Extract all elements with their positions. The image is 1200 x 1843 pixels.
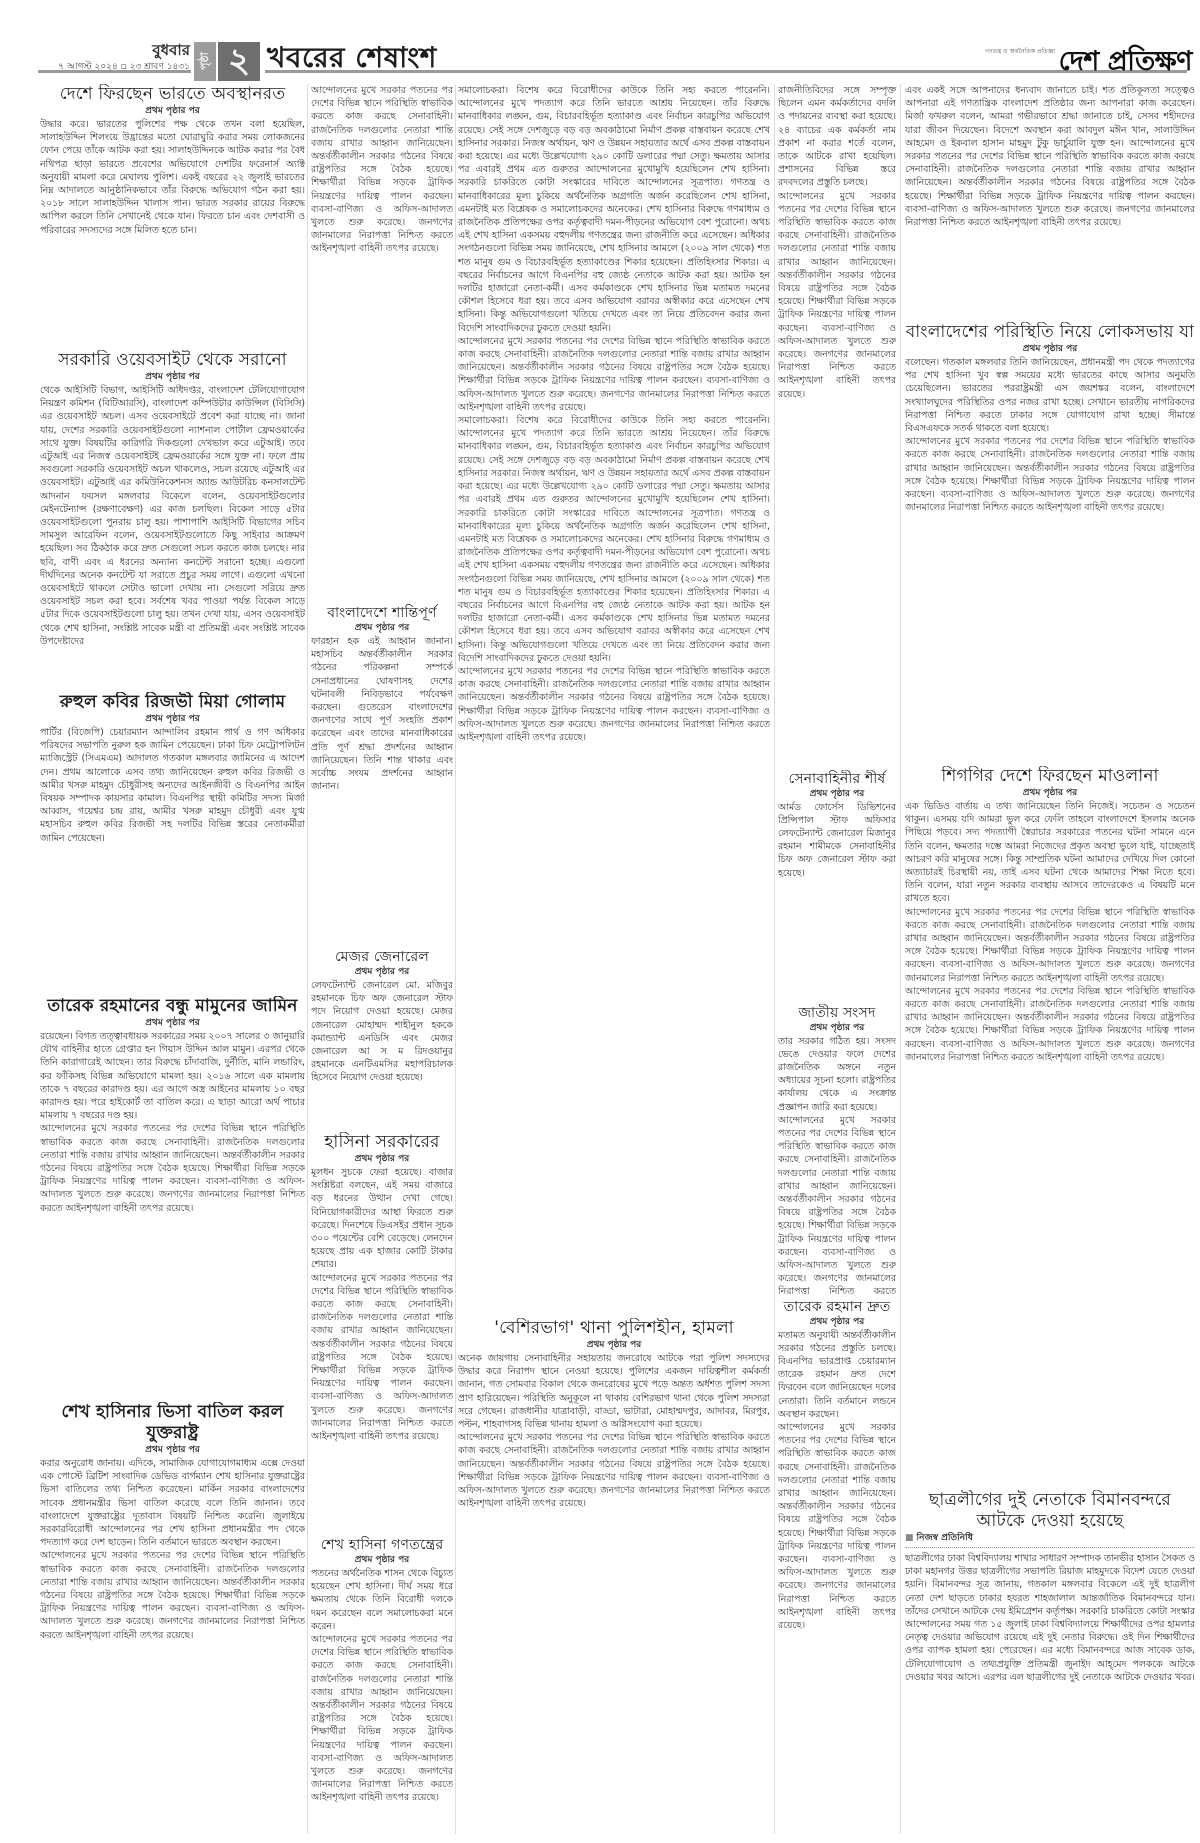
jump-label: প্রথম পৃষ্ঠার পর xyxy=(778,1022,896,1034)
article-body-continued: আন্দোলনের মুখে সরকার পতনের পর দেশের বিভি… xyxy=(905,985,1195,1064)
jump-label: প্রথম পৃষ্ঠার পর xyxy=(311,1153,453,1165)
continued-text: রাজনীতিবিদের সঙ্গে সম্পৃক্ত ছিলেন এমন কর… xyxy=(778,84,896,190)
bullet-icon: ■ xyxy=(905,1533,914,1543)
headline: হাসিনা সরকারের xyxy=(311,1132,453,1153)
story-websites: সরকারি ওয়েবসাইট থেকে সরানো প্রথম পৃষ্ঠা… xyxy=(40,350,305,688)
article-body: পার্টির (বিজেপি) চেয়ারম্যান আন্দালিব রহ… xyxy=(40,726,305,845)
article-body: এক ভিডিও বার্তায় এ তথ্য জানিয়েছেন তিনি… xyxy=(905,800,1195,906)
jump-label: প্রথম পৃষ্ঠার পর xyxy=(40,1444,305,1456)
article-body-continued: আন্দোলনের মুখে সরকার পতনের পর দেশের বিভি… xyxy=(458,1431,770,1510)
story-guterres: বাংলাদেশে শান্তিপূর্ণ প্রথম পৃষ্ঠার পর ফ… xyxy=(311,604,453,944)
jump-label: প্রথম পৃষ্ঠার পর xyxy=(311,1554,453,1566)
column-divider xyxy=(900,84,901,1834)
column-3: সমালোচকরা। বিশেষ করে বিরোধীদের কাউকে তিন… xyxy=(458,84,770,1822)
story-lok-sabha: বাংলাদেশের পরিস্থিতি নিয়ে লোকসভায় যা প… xyxy=(905,322,1195,762)
article-body-continued: আন্দোলনের মুখে সরকার পতনের পর দেশের বিভি… xyxy=(458,335,770,414)
article-body: থেকে আইসিটি বিভাগ, আইসিটি অধিদপ্তর, বাংল… xyxy=(40,384,305,648)
headline: সরকারি ওয়েবসাইট থেকে সরানো xyxy=(40,350,305,371)
headline: শেখ হাসিনার ভিসা বাতিল করল যুক্তরাষ্ট্র xyxy=(40,1402,305,1444)
story-army-chief: সেনাবাহিনীর শীর্ষ প্রথম পৃষ্ঠার পর আর্মড… xyxy=(778,770,896,1000)
headline: বাংলাদেশের পরিস্থিতি নিয়ে লোকসভায় যা xyxy=(905,322,1195,343)
article-body: মূলধন সুচকে ফেরা হয়েছে। বাজার সংশ্লিষ্ট… xyxy=(311,1166,453,1272)
article-body: ছাত্রলীগের ঢাকা বিশ্ববিদ্যালয় শাখার সাধ… xyxy=(905,1552,1195,1684)
column-4: রাজনীতিবিদের সঙ্গে সম্পৃক্ত ছিলেন এমন কর… xyxy=(778,84,896,1762)
article-body-continued: আন্দোলনের মুখে সরকার পতনের পর দেশের বিভি… xyxy=(778,1421,896,1632)
filler: আন্দোলনের মুখে সরকার পতনের পর দেশের বিভি… xyxy=(905,138,1195,228)
article-body-continued: আন্দোলনের মুখে সরকার পতনের পর দেশের বিভি… xyxy=(905,435,1195,514)
article-body: রয়েছেন। বিগত তত্ত্বাবধায়ক সরকারের সময়… xyxy=(40,1030,305,1122)
newspaper-logo: দেশ প্রতিক্ষণ xyxy=(930,48,1192,76)
article-body: ফারহান হক এই আহ্বান জানান। মহাসচিব অন্তর… xyxy=(311,635,453,793)
article-body: লেফটেন্যান্ট জেনারেল মো. মজিবুর রহমানকে … xyxy=(311,979,453,1085)
article-body: তার সরকার গঠিত হয়। সংসদ ভেঙে দেওয়ার ফল… xyxy=(778,1035,896,1114)
article-body: আর্মড ফোর্সেস ডিভিশনের প্রিন্সিপাল স্টাফ… xyxy=(778,801,896,880)
article-body: পতনের অর্থনৈতিক শাসন থেকে বিচ্যুত হয়েছে… xyxy=(311,1567,453,1633)
column-divider xyxy=(774,84,775,1834)
article-body-continued: আন্দোলনের মুখে সরকার পতনের পর দেশের বিভি… xyxy=(311,1272,453,1444)
column-2: আন্দোলনের মুখে সরকার পতনের পর দেশের বিভি… xyxy=(311,84,453,1840)
masthead: বুধবার ৭ আগস্ট ২০২৪ ▫ ২৩ শ্রাবণ ১৪৩১ পৃষ… xyxy=(0,0,1200,80)
article-body-continued: আন্দোলনের মুখে সরকার পতনের পর দেশের বিভি… xyxy=(778,1114,896,1294)
continued-text: এবং একই সঙ্গে আপনাদের ধন্যবাদ জানাতে চাই… xyxy=(905,84,1195,322)
jump-label: প্রথম পৃষ্ঠার পর xyxy=(311,622,453,634)
story-mamun-bail: তারেক রহমানের বন্ধু মামুনের জামিন প্রথম … xyxy=(40,996,305,1398)
jump-label: প্রথম পৃষ্ঠার পর xyxy=(40,105,305,117)
headline: শিগগির দেশে ফিরছেন মাওলানা xyxy=(905,766,1195,787)
jump-label: প্রথম পৃষ্ঠার পর xyxy=(311,966,453,978)
headline: মেজর জেনারেল xyxy=(311,948,453,966)
article-body-continued: সমালোচকরা। বিশেষ করে বিরোধীদের কাউকে তিন… xyxy=(458,414,770,665)
jump-label: প্রথম পৃষ্ঠার পর xyxy=(458,1339,770,1351)
story-hasina-democracy: শেখ হাসিনা গণতন্ত্রের প্রথম পৃষ্ঠার পর প… xyxy=(311,1536,453,1836)
article-body: করার অনুরোধ জানায়। এদিকে, সামাজিক যোগায… xyxy=(40,1457,305,1549)
masthead-rule-left xyxy=(38,70,191,73)
headline: তারেক রহমানের বন্ধু মামুনের জামিন xyxy=(40,996,305,1017)
story-rizvi: রুহুল কবির রিজভী মিয়া গোলাম প্রথম পৃষ্ঠ… xyxy=(40,692,305,992)
jump-label: প্রথম পৃষ্ঠার পর xyxy=(905,343,1195,355)
issue-day: বুধবার xyxy=(40,42,190,59)
jump-label: প্রথম পৃষ্ঠার পর xyxy=(40,713,305,725)
article-body: সমালোচকরা। বিশেষ করে বিরোধীদের কাউকে তিন… xyxy=(458,84,770,335)
jump-label: প্রথম পৃষ্ঠার পর xyxy=(778,788,896,800)
article-body: বলেছেন। গতকাল মঙ্গলবার তিনি জানিয়েছেন, … xyxy=(905,356,1195,435)
article-body-continued: আন্দোলনের মুখে সরকার পতনের পর দেশের বিভি… xyxy=(40,1122,305,1214)
column-1: দেশে ফিরছেন ভারতে অবস্থানরত প্রথম পৃষ্ঠা… xyxy=(40,84,305,1836)
article-body: অনেক জায়গায় সেনাবাহিনীর সহায়তায় জনরো… xyxy=(458,1352,770,1431)
story-hasina-govt: হাসিনা সরকারের প্রথম পৃষ্ঠার পর মূলধন সু… xyxy=(311,1132,453,1532)
column-5: এবং একই সঙ্গে আপনাদের ধন্যবাদ জানাতে চাই… xyxy=(905,84,1195,1824)
story-hasina-analysis: সমালোচকরা। বিশেষ করে বিরোধীদের কাউকে তিন… xyxy=(458,84,770,1314)
story-chhatra-league: ছাত্রলীগের দুই নেতাকে বিমানবন্দরে আটকে দ… xyxy=(905,1490,1195,1820)
story-major-general: মেজর জেনারেল প্রথম পৃষ্ঠার পর লেফটেন্যান… xyxy=(311,948,453,1128)
page-label: পৃষ্ঠা xyxy=(194,42,216,81)
story-tarique-return: তারেক রহমান দ্রুত প্রথম পৃষ্ঠার পর মতামত… xyxy=(778,1298,896,1758)
story-police: 'বেশিরভাগ' থানা পুলিশহীন, হামলা প্রথম পৃ… xyxy=(458,1318,770,1818)
story-parliament: জাতীয় সংসদ প্রথম পৃষ্ঠার পর তার সরকার গ… xyxy=(778,1004,896,1294)
story-maulana: শিগগির দেশে ফিরছেন মাওলানা প্রথম পৃষ্ঠার… xyxy=(905,766,1195,1486)
headline: বাংলাদেশে শান্তিপূর্ণ xyxy=(311,604,453,622)
jump-label: প্রথম পৃষ্ঠার পর xyxy=(40,371,305,383)
headline: শেখ হাসিনা গণতন্ত্রের xyxy=(311,1536,453,1554)
jump-label: প্রথম পৃষ্ঠার পর xyxy=(905,787,1195,799)
article-body: উদ্ধার করে। ভারতের পুলিশের পক্ষ থেকে তখন… xyxy=(40,118,305,237)
headline: সেনাবাহিনীর শীর্ষ xyxy=(778,770,896,788)
jump-label: প্রথম পৃষ্ঠার পর xyxy=(778,1316,896,1328)
article-body-continued: আন্দোলনের মুখে সরকার পতনের পর দেশের বিভি… xyxy=(905,906,1195,985)
headline: তারেক রহমান দ্রুত xyxy=(778,1298,896,1316)
article-body: মতামত অনুযায়ী অন্তর্বর্তীকালীন সরকার গঠ… xyxy=(778,1329,896,1421)
headline: দেশে ফিরছেন ভারতে অবস্থানরত xyxy=(40,84,305,105)
story-salahuddin: দেশে ফিরছেন ভারতে অবস্থানরত প্রথম পৃষ্ঠা… xyxy=(40,84,305,346)
headline: ছাত্রলীগের দুই নেতাকে বিমানবন্দরে আটকে দ… xyxy=(905,1490,1195,1532)
column-divider xyxy=(455,84,456,1834)
byline: ■নিজস্ব প্রতিনিধি xyxy=(905,1532,1195,1548)
column-divider xyxy=(307,84,308,1834)
article-body-continued: আন্দোলনের মুখে সরকার পতনের পর দেশের বিভি… xyxy=(311,1633,453,1805)
article-body-continued: আন্দোলনের মুখে সরকার পতনের পর দেশের বিভি… xyxy=(458,665,770,744)
continued-text: আন্দোলনের মুখে সরকার পতনের পর দেশের বিভি… xyxy=(778,190,896,770)
headline: 'বেশিরভাগ' থানা পুলিশহীন, হামলা xyxy=(458,1318,770,1339)
continued-text: আন্দোলনের মুখে সরকার পতনের পর দেশের বিভি… xyxy=(311,84,453,604)
issue-date-block: বুধবার ৭ আগস্ট ২০২৪ ▫ ২৩ শ্রাবণ ১৪৩১ xyxy=(40,42,190,73)
story-visa: শেখ হাসিনার ভিসা বাতিল করল যুক্তরাষ্ট্র … xyxy=(40,1402,305,1832)
page-number: ২ xyxy=(218,42,260,81)
headline: জাতীয় সংসদ xyxy=(778,1004,896,1022)
jump-label: প্রথম পৃষ্ঠার পর xyxy=(40,1017,305,1029)
article-body-continued: আন্দোলনের মুখে সরকার পতনের পর দেশের বিভি… xyxy=(40,1549,305,1641)
byline-text: নিজস্ব প্রতিনিধি xyxy=(917,1533,973,1543)
headline: রুহুল কবির রিজভী মিয়া গোলাম xyxy=(40,692,305,713)
